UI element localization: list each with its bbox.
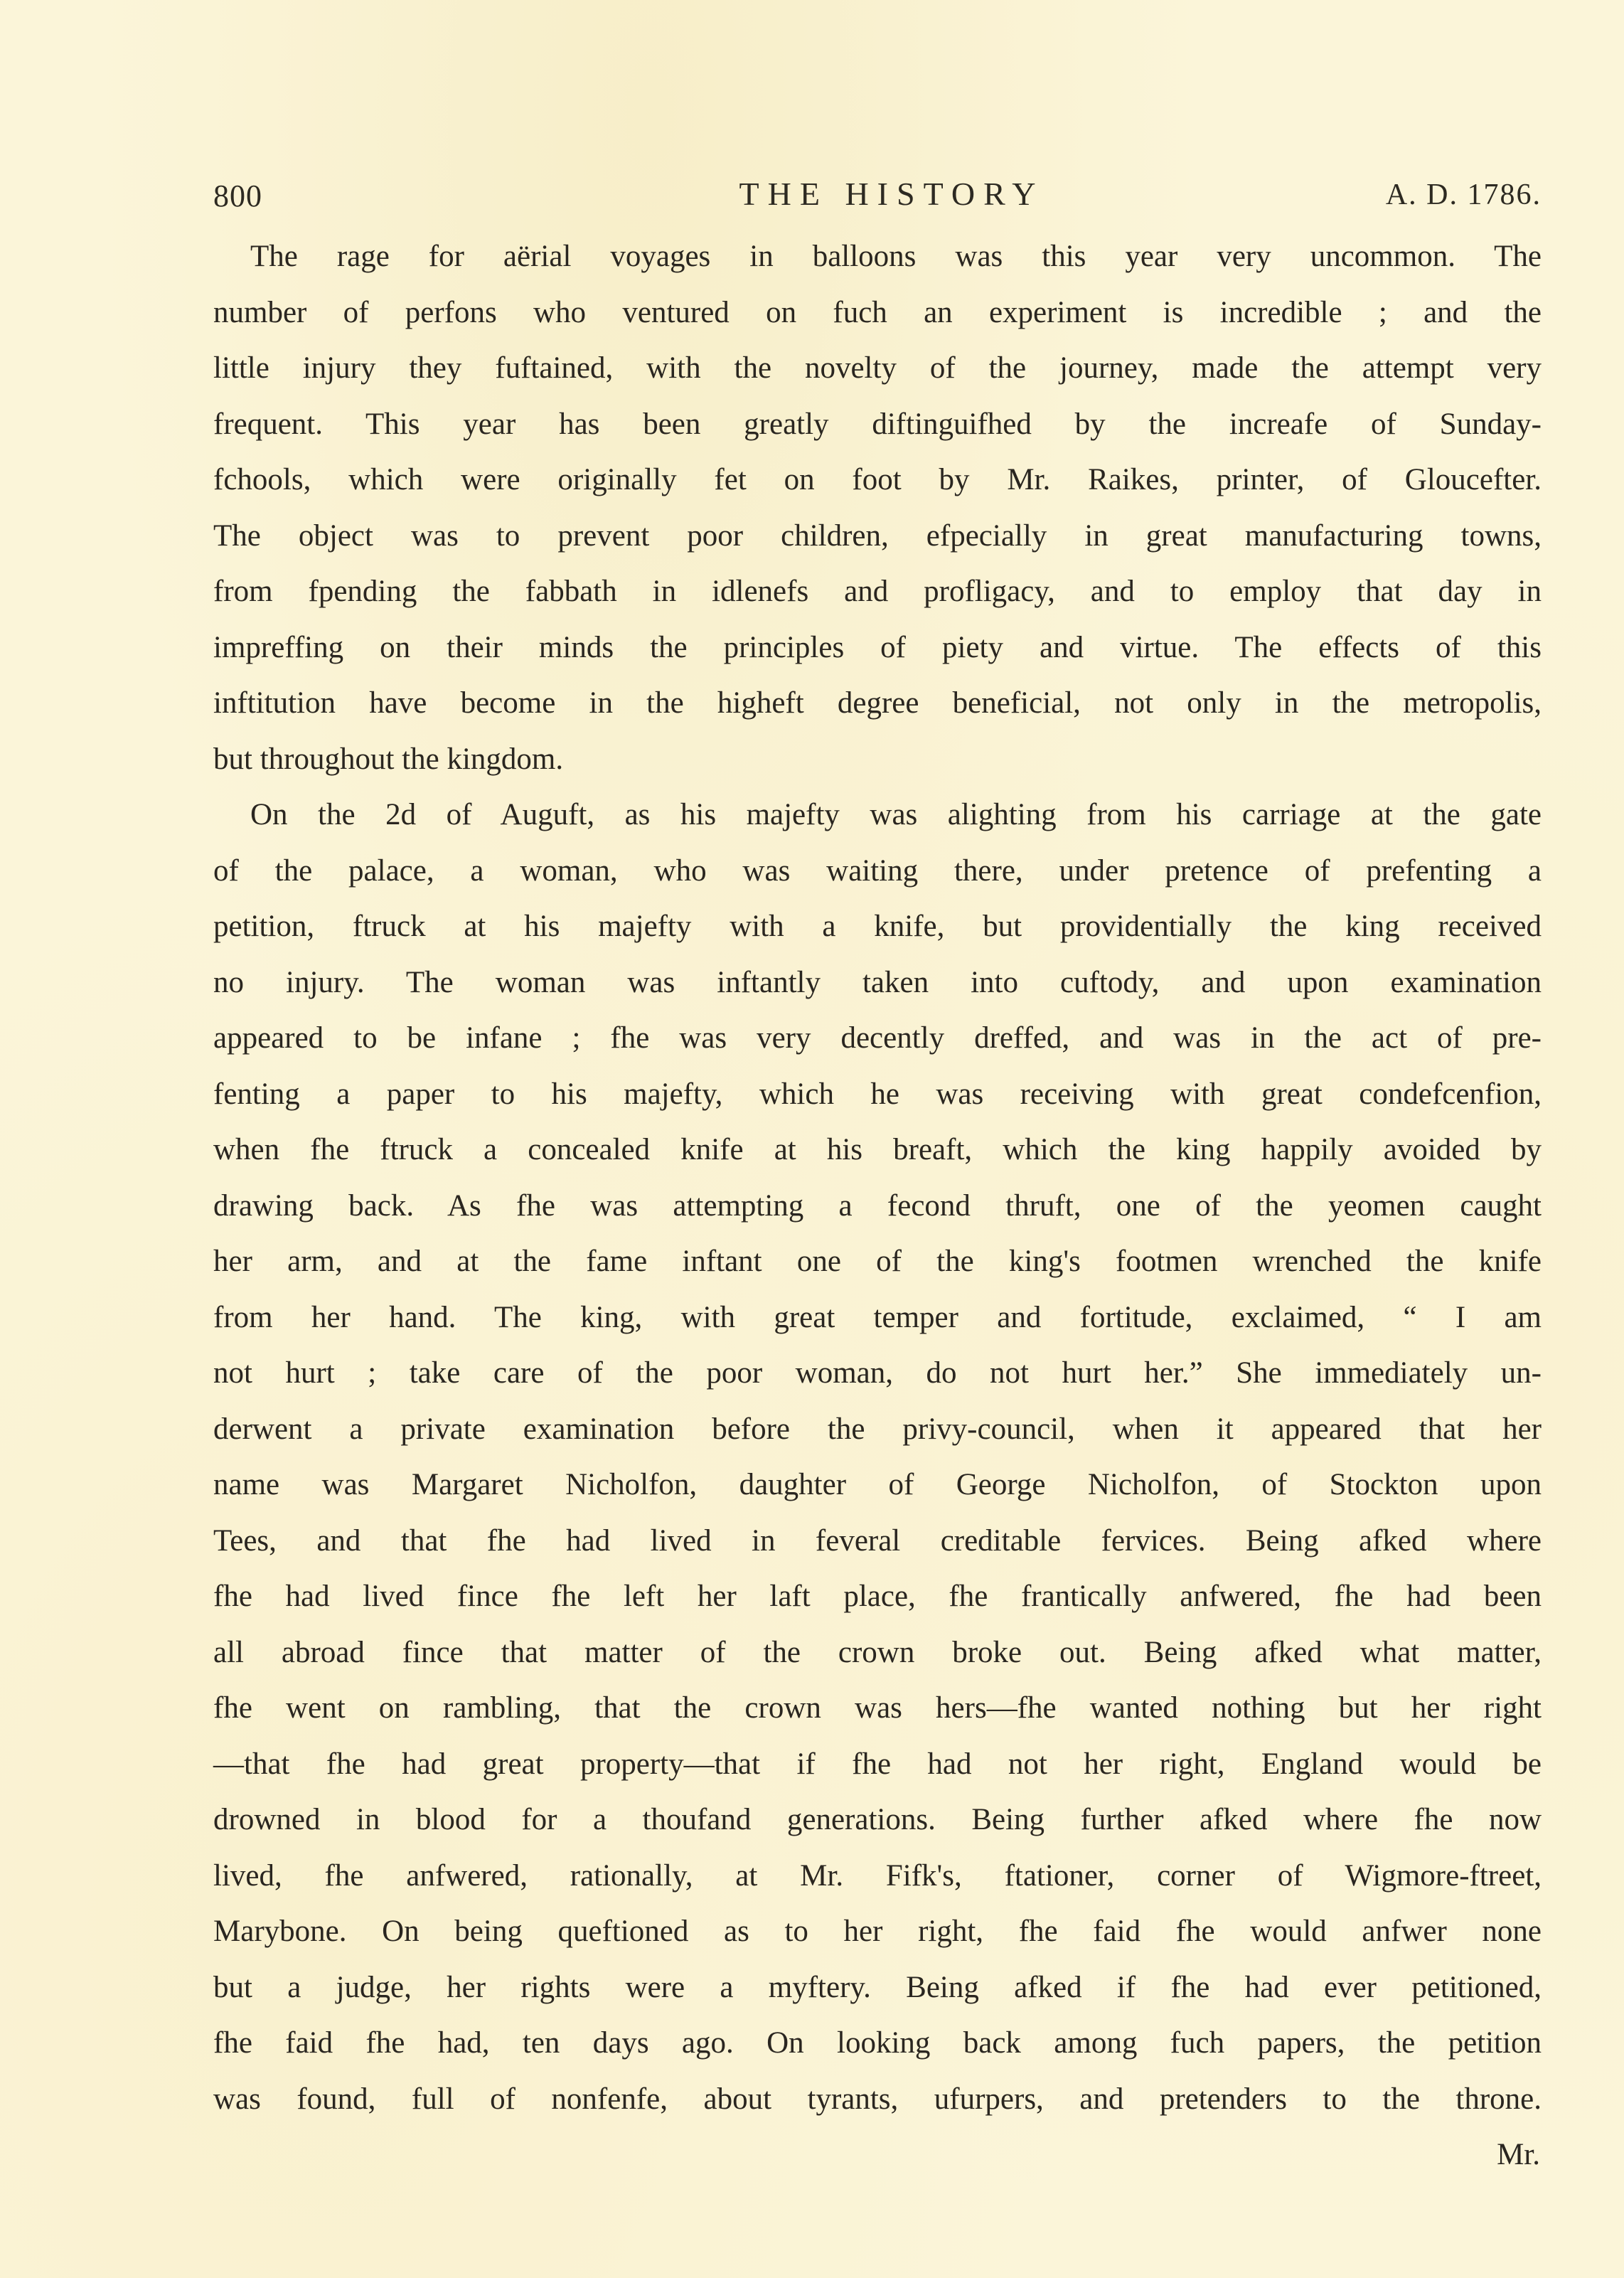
text-line: no injury. The woman was inftantly taken…	[213, 955, 1542, 1011]
text-line: drowned in blood for a thoufand generati…	[213, 1792, 1542, 1848]
text-line: from her hand. The king, with great temp…	[213, 1290, 1542, 1346]
text-line: all abroad fince that matter of the crow…	[213, 1625, 1542, 1681]
text-line: fenting a paper to his majefty, which he…	[213, 1067, 1542, 1123]
text-line: Tees, and that fhe had lived in feveral …	[213, 1513, 1542, 1570]
text-line: was found, full of nonfenfe, about tyran…	[213, 2072, 1542, 2128]
text-line: fhe faid fhe had, ten days ago. On looki…	[213, 2016, 1542, 2072]
text-line: —that fhe had great property—that if fhe…	[213, 1737, 1542, 1793]
text-line: fchools, which were originally fet on fo…	[213, 452, 1542, 509]
running-title: THE HISTORY	[213, 175, 1542, 213]
text-line: fhe went on rambling, that the crown was…	[213, 1681, 1542, 1737]
text-line: not hurt ; take care of the poor woman, …	[213, 1346, 1542, 1402]
text-line: derwent a private examination before the…	[213, 1402, 1542, 1458]
text-line: when fhe ftruck a concealed knife at his…	[213, 1122, 1542, 1178]
text-line: lived, fhe anfwered, rationally, at Mr. …	[213, 1848, 1542, 1905]
text-line: her arm, and at the fame inftant one of …	[213, 1234, 1542, 1290]
text-line: frequent. This year has been greatly dif…	[213, 397, 1542, 453]
book-page: 800 THE HISTORY A. D. 1786. The rage for…	[213, 165, 1542, 2183]
text-line: of the palace, a woman, who was waiting …	[213, 843, 1542, 900]
text-line: fhe had lived fince fhe left her laft pl…	[213, 1569, 1542, 1625]
text-line: number of perfons who ventured on fuch a…	[213, 285, 1542, 341]
body-text: The rage for aërial voyages in balloons …	[213, 229, 1542, 2183]
text-line: but throughout the kingdom.	[213, 732, 1542, 788]
text-line: impreffing on their minds the principles…	[213, 620, 1542, 676]
text-line: petition, ftruck at his majefty with a k…	[213, 899, 1542, 955]
text-line: little injury they fuftained, with the n…	[213, 341, 1542, 397]
running-head: 800 THE HISTORY A. D. 1786.	[213, 165, 1542, 229]
text-line: inftitution have become in the higheft d…	[213, 676, 1542, 732]
text-line: but a judge, her rights were a myftery. …	[213, 1960, 1542, 2016]
text-line: drawing back. As fhe was attempting a fe…	[213, 1178, 1542, 1235]
paragraph-attack-on-king: On the 2d of Auguft, as his majefty was …	[213, 787, 1542, 2127]
catchword: Mr.	[213, 2127, 1542, 2183]
text-line: On the 2d of Auguft, as his majefty was …	[213, 787, 1542, 843]
text-line: Marybone. On being queftioned as to her …	[213, 1904, 1542, 1960]
text-line: The rage for aërial voyages in balloons …	[213, 229, 1542, 285]
text-line: The object was to prevent poor children,…	[213, 509, 1542, 565]
running-year: A. D. 1786.	[1386, 178, 1542, 212]
paragraph-balloons-sunday-schools: The rage for aërial voyages in balloons …	[213, 229, 1542, 787]
text-line: from fpending the fabbath in idlenefs an…	[213, 564, 1542, 620]
text-line: appeared to be infane ; fhe was very dec…	[213, 1011, 1542, 1067]
text-line: name was Margaret Nicholfon, daughter of…	[213, 1457, 1542, 1513]
